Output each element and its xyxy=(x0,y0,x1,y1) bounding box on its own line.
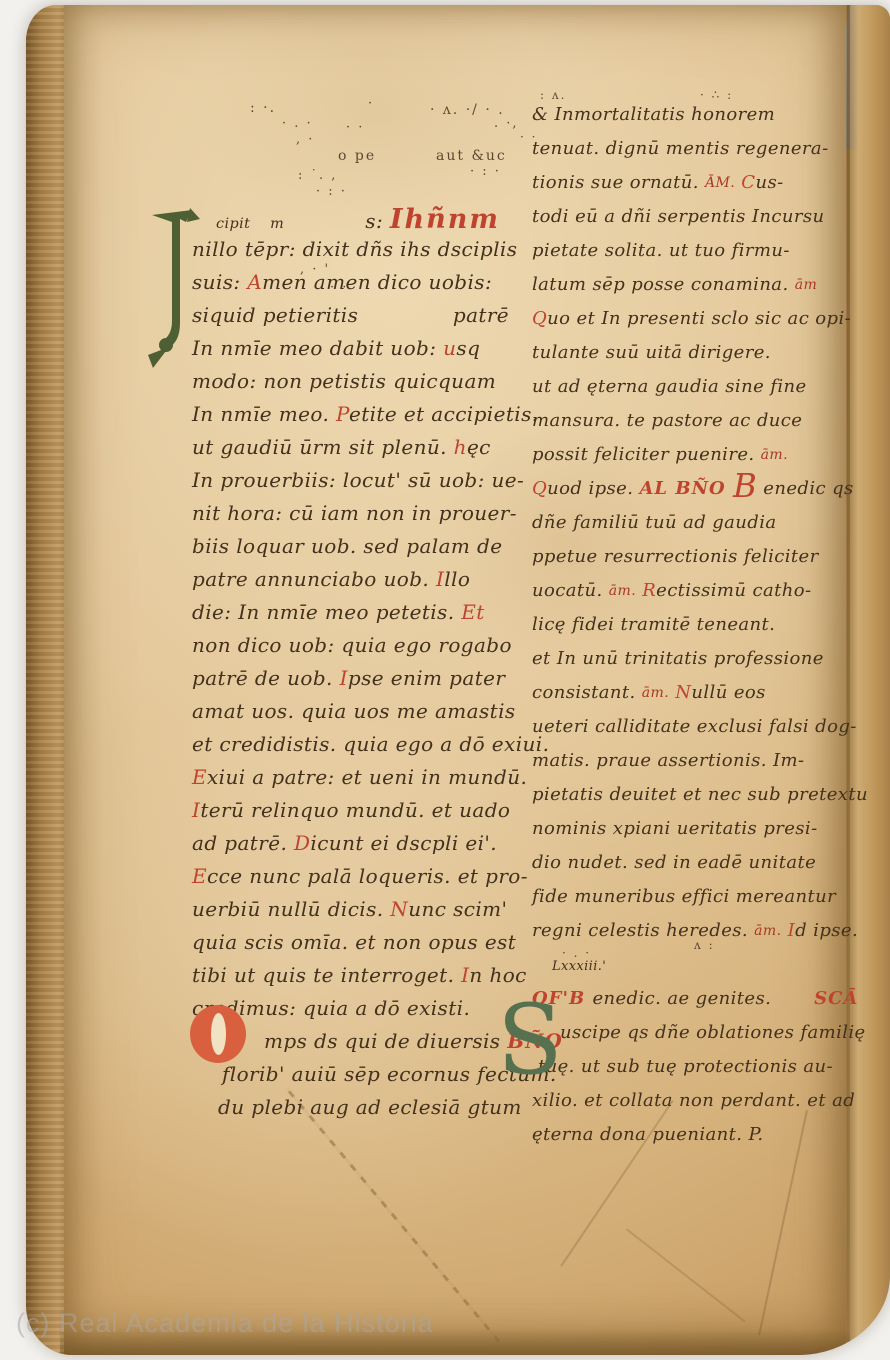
initial-i-green xyxy=(146,205,210,377)
manuscript-photo: : ·.· . ·, ·· ··· ʌ. ·/ · .. ·,· ·o peau… xyxy=(0,0,890,1360)
watermark: (c) Real Academia de la Historia xyxy=(16,1308,434,1339)
initial-o-red xyxy=(190,1005,246,1063)
initial-o-counter xyxy=(211,1013,226,1055)
initial-s-green: S xyxy=(497,992,563,1088)
decorated-initials: S xyxy=(0,0,890,1360)
